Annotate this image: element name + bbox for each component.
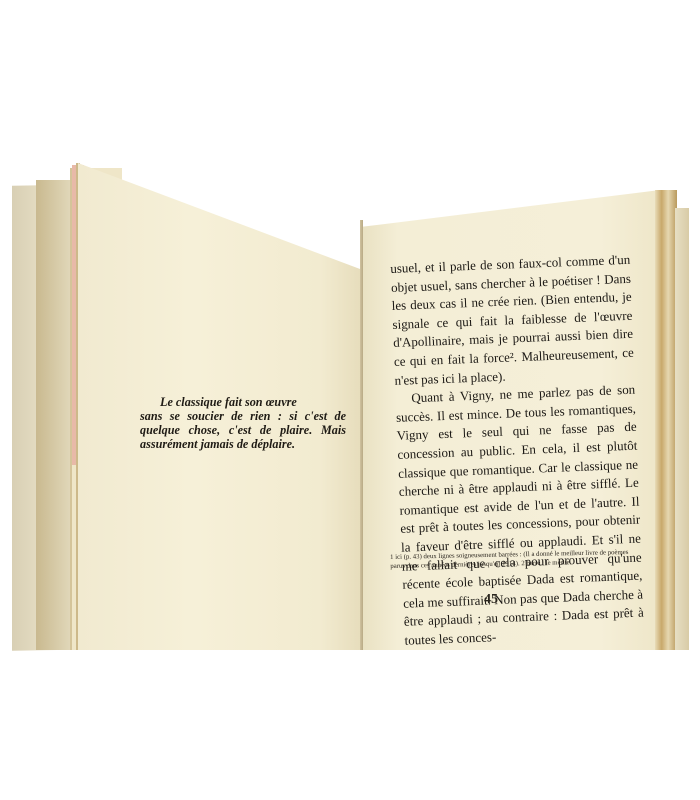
sidenote-text: sans se soucier de rien : si c'est de qu…: [140, 409, 346, 451]
right-leaf-edges: [655, 190, 677, 650]
right-page-body: usuel, et il parle de son faux-col comme…: [390, 251, 645, 650]
open-book-photo: Le classique fait son œuvre sans se souc…: [0, 0, 700, 800]
left-page-sidenote: Le classique fait son œuvre sans se souc…: [140, 395, 346, 451]
book-gutter: [360, 220, 363, 650]
right-cover-edge: [675, 208, 689, 650]
paragraph: Quant à Vigny, ne me parlez pas de son s…: [395, 381, 645, 650]
sidenote-first-line: Le classique fait son œuvre: [140, 395, 346, 409]
paragraph: usuel, et il parle de son faux-col comme…: [390, 251, 635, 390]
page-number: 45: [484, 592, 498, 608]
